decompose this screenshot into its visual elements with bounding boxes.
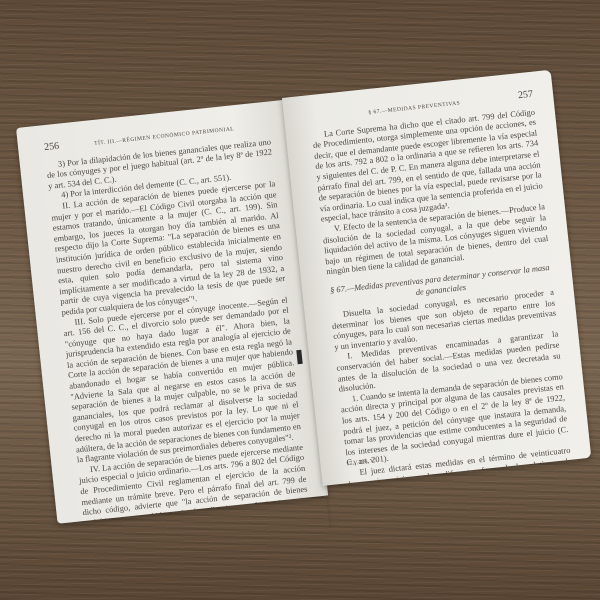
open-book: 256 Tít. III.—Régimen económico patrimon… [0, 0, 600, 600]
right-page: § 67.—Medidas preventivas 257 La Corte S… [282, 70, 591, 486]
left-page: 256 Tít. III.—Régimen económico patrimon… [16, 100, 328, 524]
right-page-number: 257 [518, 90, 534, 102]
left-page-number: 256 [44, 142, 60, 154]
left-paragraph: III. Solo puede ejercerse por el cónyuge… [62, 295, 302, 466]
footnote: ² "G. J.", t. LXXXIII, p. 237. [96, 521, 312, 524]
